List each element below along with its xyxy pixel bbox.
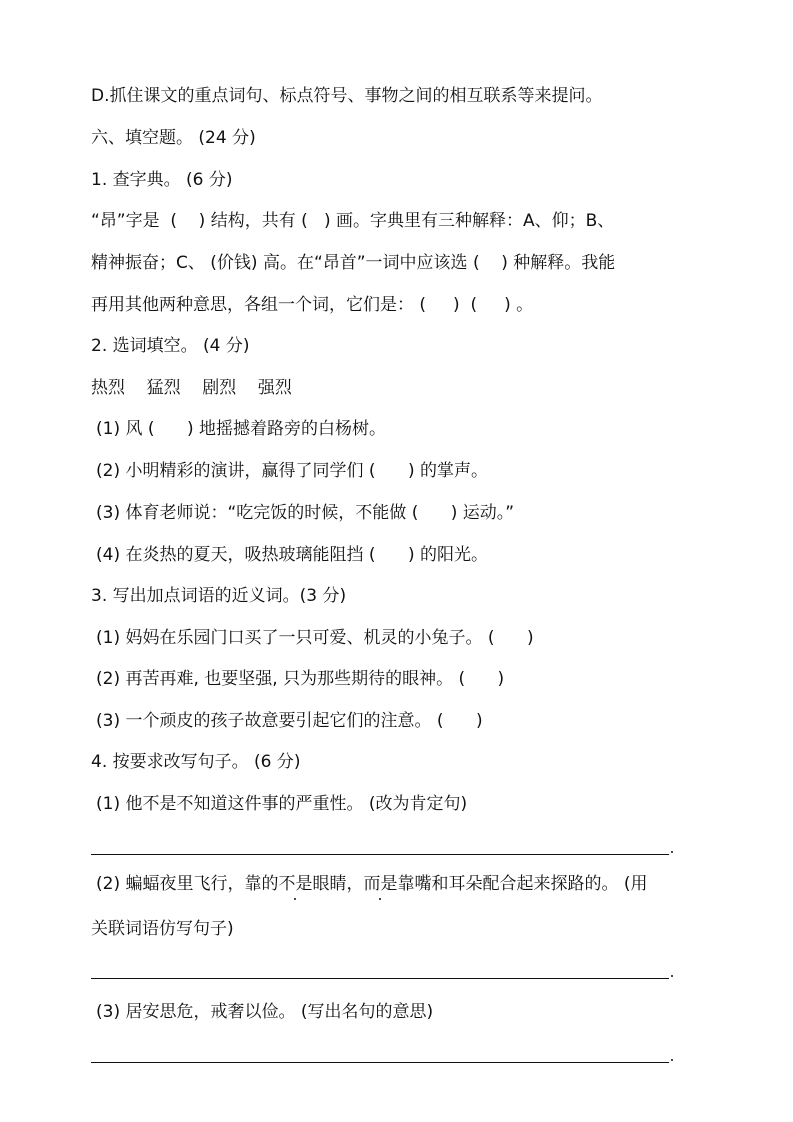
- q1-text-line1: “昂”字是 ( ) 结构，共有 ( ) 画。字典里有三种解释：A、仰；B、: [91, 210, 614, 232]
- option-d: D.抓住课文的重点词句、标点符号、事物之间的相互联系等来提问。: [91, 85, 603, 107]
- q4-item-3: (3) 居安思危，戒奢以俭。 (写出名句的意思): [96, 1001, 433, 1023]
- q3-title: 3. 写出加点词语的近义词。(3 分): [91, 585, 346, 607]
- q4-item-2-line1: (2) 蝙蝠夜里飞行，靠的不是眼睛，而是靠嘴和耳朵配合起来探路的。 (用: [96, 873, 648, 895]
- answer-line-3[interactable]: [91, 1062, 669, 1063]
- answer-line-3-period: [671, 1059, 673, 1061]
- q4-item-2-line2: 关联词语仿写句子): [91, 918, 234, 940]
- answer-line-1-period: [671, 851, 673, 853]
- q2-item-3: (3) 体育老师说：“吃完饭的时候，不能做 ( ) 运动。”: [96, 502, 514, 524]
- q4-2-text-pre: (2) 蝙蝠夜里飞行，靠的: [96, 874, 278, 894]
- q1-text-line2: 精神振奋；C、 (价钱) 高。在“昂首”一词中应该选 ( ) 种解释。我能: [91, 252, 615, 274]
- q4-2-text-post: 靠嘴和耳朵配合起来探路的。 (用: [397, 874, 647, 894]
- answer-line-2[interactable]: [91, 978, 669, 979]
- answer-line-1[interactable]: [91, 854, 669, 855]
- q1-title: 1. 查字典。 (6 分): [91, 169, 233, 191]
- q4-item-1: (1) 他不是不知道这件事的严重性。 (改为肯定句): [96, 793, 467, 815]
- q2-item-1: (1) 风 ( ) 地摇撼着路旁的白杨树。: [96, 418, 386, 440]
- emphasized-word-ershi: 而是: [363, 873, 397, 895]
- emphasized-word-bushi: 不是: [278, 873, 312, 895]
- answer-line-2-period: [671, 975, 673, 977]
- q2-item-2: (2) 小明精彩的演讲，赢得了同学们 ( ) 的掌声。: [96, 460, 488, 482]
- q4-2-text-mid: 眼睛，: [312, 874, 363, 894]
- q2-item-4: (4) 在炎热的夏天，吸热玻璃能阻挡 ( ) 的阳光。: [96, 544, 488, 566]
- q3-item-1: (1) 妈妈在乐园门口买了一只可爱、机灵的小兔子。 ( ): [96, 627, 534, 649]
- q4-title: 4. 按要求改写句子。 (6 分): [91, 751, 301, 773]
- q3-item-2: (2) 再苦再难, 也要坚强, 只为那些期待的眼神。 ( ): [96, 668, 504, 690]
- q1-text-line3: 再用其他两种意思，各组一个词，它们是： ( ) ( ) 。: [91, 294, 533, 316]
- q2-title: 2. 选词填空。 (4 分): [91, 335, 250, 357]
- q2-word-bank: 热烈 猛烈 剧烈 强烈: [91, 377, 292, 399]
- q3-item-3: (3) 一个顽皮的孩子故意要引起它们的注意。 ( ): [96, 710, 483, 732]
- section-6-title: 六、填空题。 (24 分): [91, 127, 256, 149]
